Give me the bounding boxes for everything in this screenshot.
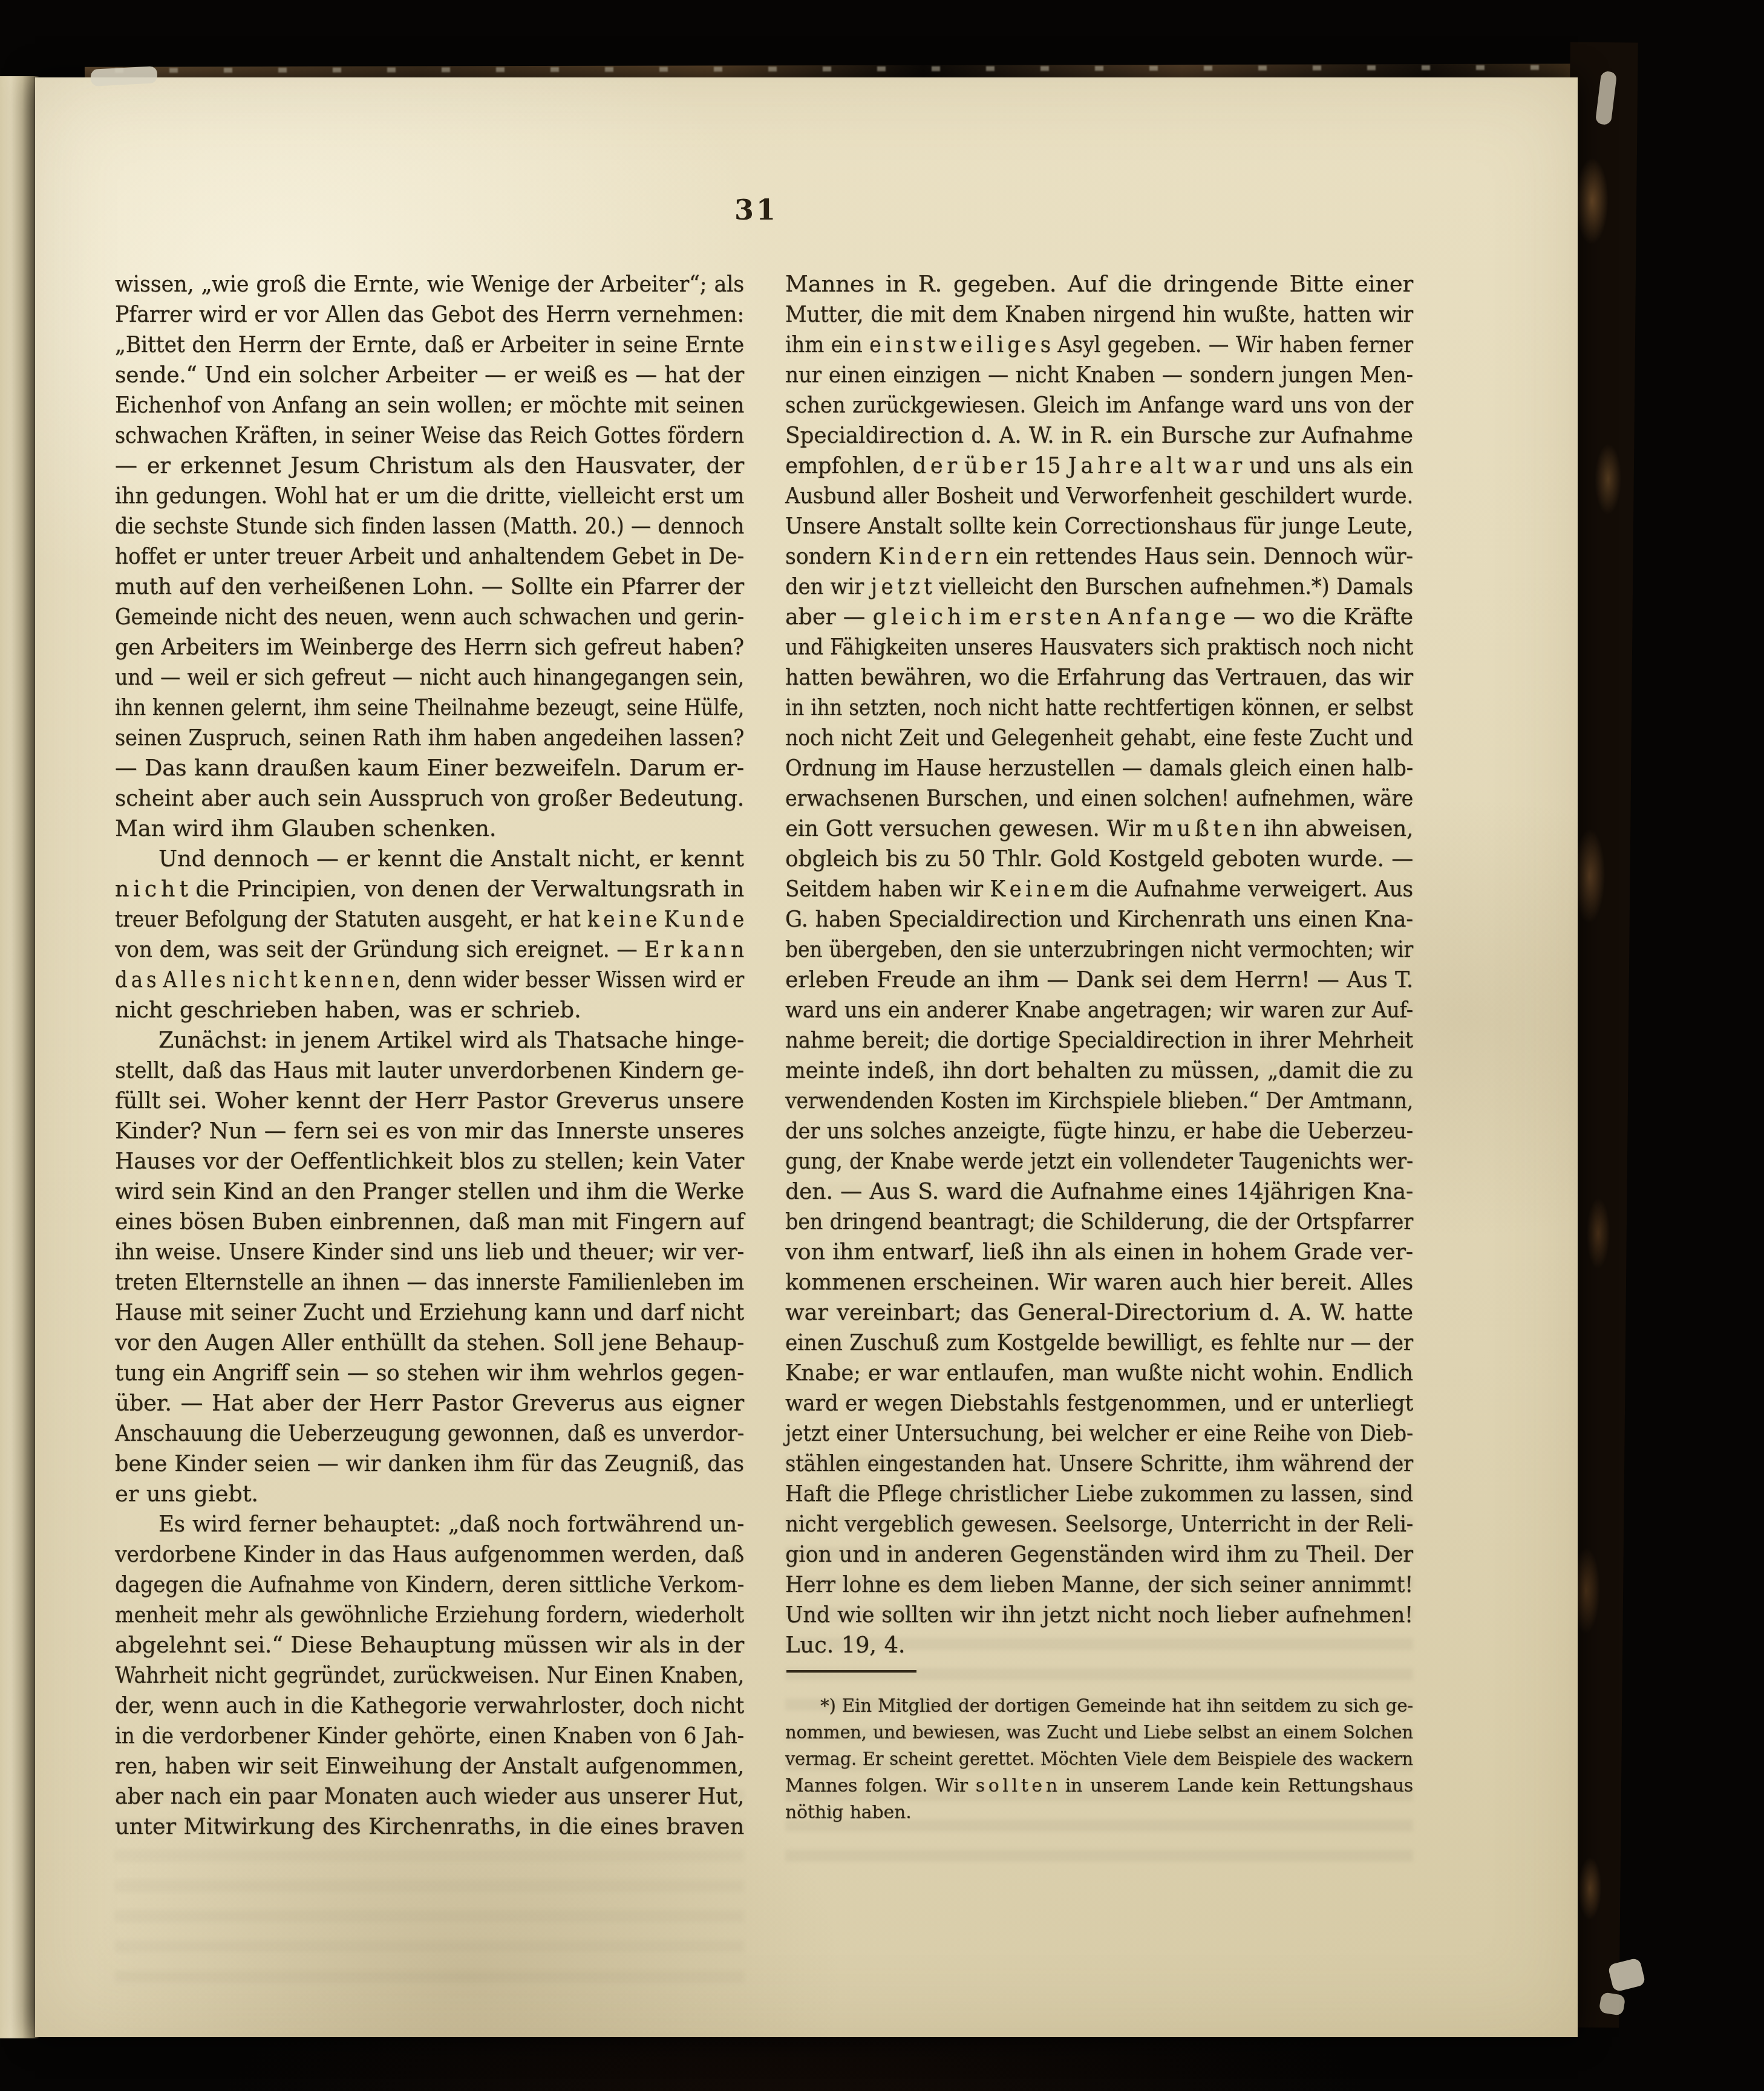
text-line: seinen Zuspruch, seinen Rath ihm haben a… [115,723,744,753]
text-line: — Das kann draußen kaum Einer bezweifeln… [115,753,744,783]
text-line: Es wird ferner behauptet: „daß noch fort… [115,1509,744,1539]
text-line: und — weil er sich gefreut — nicht auch … [115,662,744,693]
text-line: n i c h t die Principien, von denen der … [115,874,744,904]
text-line: Anschauung die Ueberzeugung gewonnen, da… [115,1418,744,1449]
text-line: abgelehnt sei.“ Diese Behauptung müssen … [115,1630,744,1660]
text-line: sondern K i n d e r n ein rettendes Haus… [785,541,1413,572]
footnote-text: *) Ein Mitglied der dortigen Gemeinde ha… [785,1693,1413,1826]
text-line: nicht geschrieben haben, was er schrieb. [115,995,744,1025]
text-line: ben übergeben, den sie unterzubringen ni… [785,935,1413,965]
text-line: nahme bereit; die dortige Specialdirecti… [785,1025,1413,1055]
text-line: der, wenn auch in die Kathegorie verwahr… [115,1691,744,1721]
text-line: von dem, was seit der Gründung sich erei… [115,935,744,965]
text-line: in ihn setzten, noch nicht hatte rechtfe… [785,693,1413,723]
text-line: kommenen erscheinen. Wir waren auch hier… [785,1267,1413,1297]
text-line: in die verdorbener Kinder gehörte, einen… [115,1721,744,1751]
text-line: verwendenden Kosten im Kirchspiele blieb… [785,1086,1413,1116]
text-line: dagegen die Aufnahme von Kindern, deren … [115,1570,744,1600]
text-line: empfohlen, d e r ü b e r 15 J a h r e a … [785,451,1413,481]
text-line: Hauses vor der Oeffentlichkeit blos zu s… [115,1146,744,1176]
text-line: vor den Augen Aller enthüllt da stehen. … [115,1328,744,1358]
text-line: „Bittet den Herrn der Ernte, daß er Arbe… [115,330,744,360]
text-line: — er erkennet Jesum Christum als den Hau… [115,451,744,481]
text-line: er uns giebt. [115,1479,744,1509]
text-line: stellt, daß das Haus mit lauter unverdor… [115,1055,744,1086]
text-line: stählen eingestanden hat. Unsere Schritt… [785,1449,1413,1479]
text-line: Hause mit seiner Zucht und Erziehung kan… [115,1297,744,1328]
text-column-right: Mannes in R. gegeben. Auf die dringende … [785,269,1413,1826]
text-line: Seitdem haben wir K e i n e m die Aufnah… [785,874,1413,904]
text-line: eines bösen Buben einbrennen, daß man mi… [115,1207,744,1237]
text-line: füllt sei. Woher kennt der Herr Pastor G… [115,1086,744,1116]
text-line: schen zurückgewiesen. Gleich im Anfange … [785,390,1413,420]
text-line: aber nach ein paar Monaten auch wieder a… [115,1781,744,1812]
text-line: ihn gedungen. Wohl hat er um die dritte,… [115,481,744,511]
text-line: nommen, und bewiesen, was Zucht und Lieb… [785,1720,1413,1746]
paper-damage-blob [1599,1992,1626,2016]
text-line: nur einen einzigen — nicht Knaben — sond… [785,360,1413,390]
text-column-left: wissen, „wie groß die Ernte, wie Wenige … [115,269,744,1842]
text-line: den. — Aus S. ward die Aufnahme eines 14… [785,1176,1413,1207]
book-scan: 31 wissen, „wie groß die Ernte, wie Weni… [0,0,1764,2091]
text-line: Und dennoch — er kennt die Anstalt nicht… [115,844,744,874]
text-line: die sechste Stunde sich finden lassen (M… [115,511,744,541]
text-line: treuer Befolgung der Statuten ausgeht, e… [115,904,744,935]
text-line: ihm ein e i n s t w e i l i g e s Asyl g… [785,330,1413,360]
footnote: *) Ein Mitglied der dortigen Gemeinde ha… [785,1670,1413,1826]
text-line: wissen, „wie groß die Ernte, wie Wenige … [115,269,744,299]
text-line: Man wird ihm Glauben schenken. [115,814,744,844]
text-line: nöthig haben. [785,1799,1413,1826]
book-page: 31 wissen, „wie groß die Ernte, wie Weni… [35,77,1578,2037]
text-line: noch nicht Zeit und Gelegenheit gehabt, … [785,723,1413,753]
text-line: gung, der Knabe werde jetzt ein vollende… [785,1146,1413,1176]
text-line: über. — Hat aber der Herr Pastor Greveru… [115,1388,744,1418]
text-line: der uns solches anzeigte, fügte hinzu, e… [785,1116,1413,1146]
text-line: Zunächst: in jenem Artikel wird als That… [115,1025,744,1055]
text-line: aber — g l e i c h i m e r s t e n A n f… [785,602,1413,632]
text-line: ben dringend beantragt; die Schilderung,… [785,1207,1413,1237]
text-line: einen Zuschuß zum Kostgelde bewilligt, e… [785,1328,1413,1358]
text-line: Gemeinde nicht des neuen, wenn auch schw… [115,602,744,632]
text-line: sende.“ Und ein solcher Arbeiter — er we… [115,360,744,390]
text-line: obgleich bis zu 50 Thlr. Gold Kostgeld g… [785,844,1413,874]
text-line: G. haben Specialdirection und Kirchenrat… [785,904,1413,935]
text-line: ren, haben wir seit Einweihung der Ansta… [115,1751,744,1781]
text-line: bene Kinder seien — wir danken ihm für d… [115,1449,744,1479]
text-line: Pfarrer wird er vor Allen das Gebot des … [115,299,744,330]
text-line: Unsere Anstalt sollte kein Correctionsha… [785,511,1413,541]
text-line: Wahrheit nicht gegründet, zurückweisen. … [115,1660,744,1691]
text-line: *) Ein Mitglied der dortigen Gemeinde ha… [785,1693,1413,1720]
text-line: jetzt einer Untersuchung, bei welcher er… [785,1418,1413,1449]
text-line: menheit mehr als gewöhnliche Erziehung f… [115,1600,744,1630]
text-line: vermag. Er scheint gerettet. Möchten Vie… [785,1746,1413,1773]
text-line: scheint aber auch sein Ausspruch von gro… [115,783,744,814]
text-line: Haft die Pflege christlicher Liebe zukom… [785,1479,1413,1509]
text-line: den wir j e t z t vielleicht den Bursche… [785,572,1413,602]
page-number: 31 [696,194,817,226]
text-line: Specialdirection d. A. W. in R. ein Burs… [785,420,1413,451]
text-line: gion und in anderen Gegenständen wird ih… [785,1539,1413,1570]
text-line: Mannes folgen. Wir s o l l t e n in unse… [785,1773,1413,1799]
text-line: ward uns ein anderer Knabe angetragen; w… [785,995,1413,1025]
text-line: verdorbene Kinder in das Haus aufgenomme… [115,1539,744,1570]
text-line: Luc. 19, 4. [785,1630,1413,1660]
text-line: ihn kennen gelernt, ihm seine Theilnahme… [115,693,744,723]
text-line: Eichenhof von Anfang an sein wollen; er … [115,390,744,420]
text-line: erwachsenen Burschen, und einen solchen!… [785,783,1413,814]
paper-damage-blob [90,66,157,86]
text-line: gen Arbeiters im Weinberge des Herrn sic… [115,632,744,662]
text-line: hoffet er unter treuer Arbeit und anhalt… [115,541,744,572]
text-line: war vereinbart; das General-Directorium … [785,1297,1413,1328]
text-line: hatten bewähren, wo die Erfahrung das Ve… [785,662,1413,693]
footnote-separator-rule [786,1670,916,1672]
text-line: erleben Freude an ihm — Dank sei dem Her… [785,965,1413,995]
text-line: Ausbund aller Bosheit und Verworfenheit … [785,481,1413,511]
adjacent-page-edge [0,76,39,2038]
text-line: Kinder? Nun — fern sei es von mir das In… [115,1116,744,1146]
text-line: Mutter, die mit dem Knaben nirgend hin w… [785,299,1413,330]
text-line: Und wie sollten wir ihn jetzt nicht noch… [785,1600,1413,1630]
text-line: ihn weise. Unsere Kinder sind uns lieb u… [115,1237,744,1267]
text-line: wird sein Kind an den Pranger stellen un… [115,1176,744,1207]
text-line: von ihm entwarf, ließ ihn als einen in h… [785,1237,1413,1267]
text-line: d a s A l l e s n i c h t k e n n e n, d… [115,965,744,995]
text-line: schwachen Kräften, in seiner Weise das R… [115,420,744,451]
text-line: Ordnung im Hause herzustellen — damals g… [785,753,1413,783]
text-line: meinte indeß, ihn dort behalten zu müsse… [785,1055,1413,1086]
text-line: unter Mitwirkung des Kirchenraths, in di… [115,1812,744,1842]
text-line: Herr lohne es dem lieben Manne, der sich… [785,1570,1413,1600]
text-line: ward er wegen Diebstahls festgenommen, u… [785,1388,1413,1418]
text-line: ein Gott versuchen gewesen. Wir m u ß t … [785,814,1413,844]
text-line: Mannes in R. gegeben. Auf die dringende … [785,269,1413,299]
text-line: nicht vergeblich gewesen. Seelsorge, Unt… [785,1509,1413,1539]
text-line: treten Elternstelle an ihnen — das inner… [115,1267,744,1297]
text-line: und Fähigkeiten unseres Hausvaters sich … [785,632,1413,662]
text-line: muth auf den verheißenen Lohn. — Sollte … [115,572,744,602]
text-line: tung ein Angriff sein — so stehen wir ih… [115,1358,744,1388]
text-line: Knabe; er war entlaufen, man wußte nicht… [785,1358,1413,1388]
text-column-right-body: Mannes in R. gegeben. Auf die dringende … [785,269,1413,1660]
